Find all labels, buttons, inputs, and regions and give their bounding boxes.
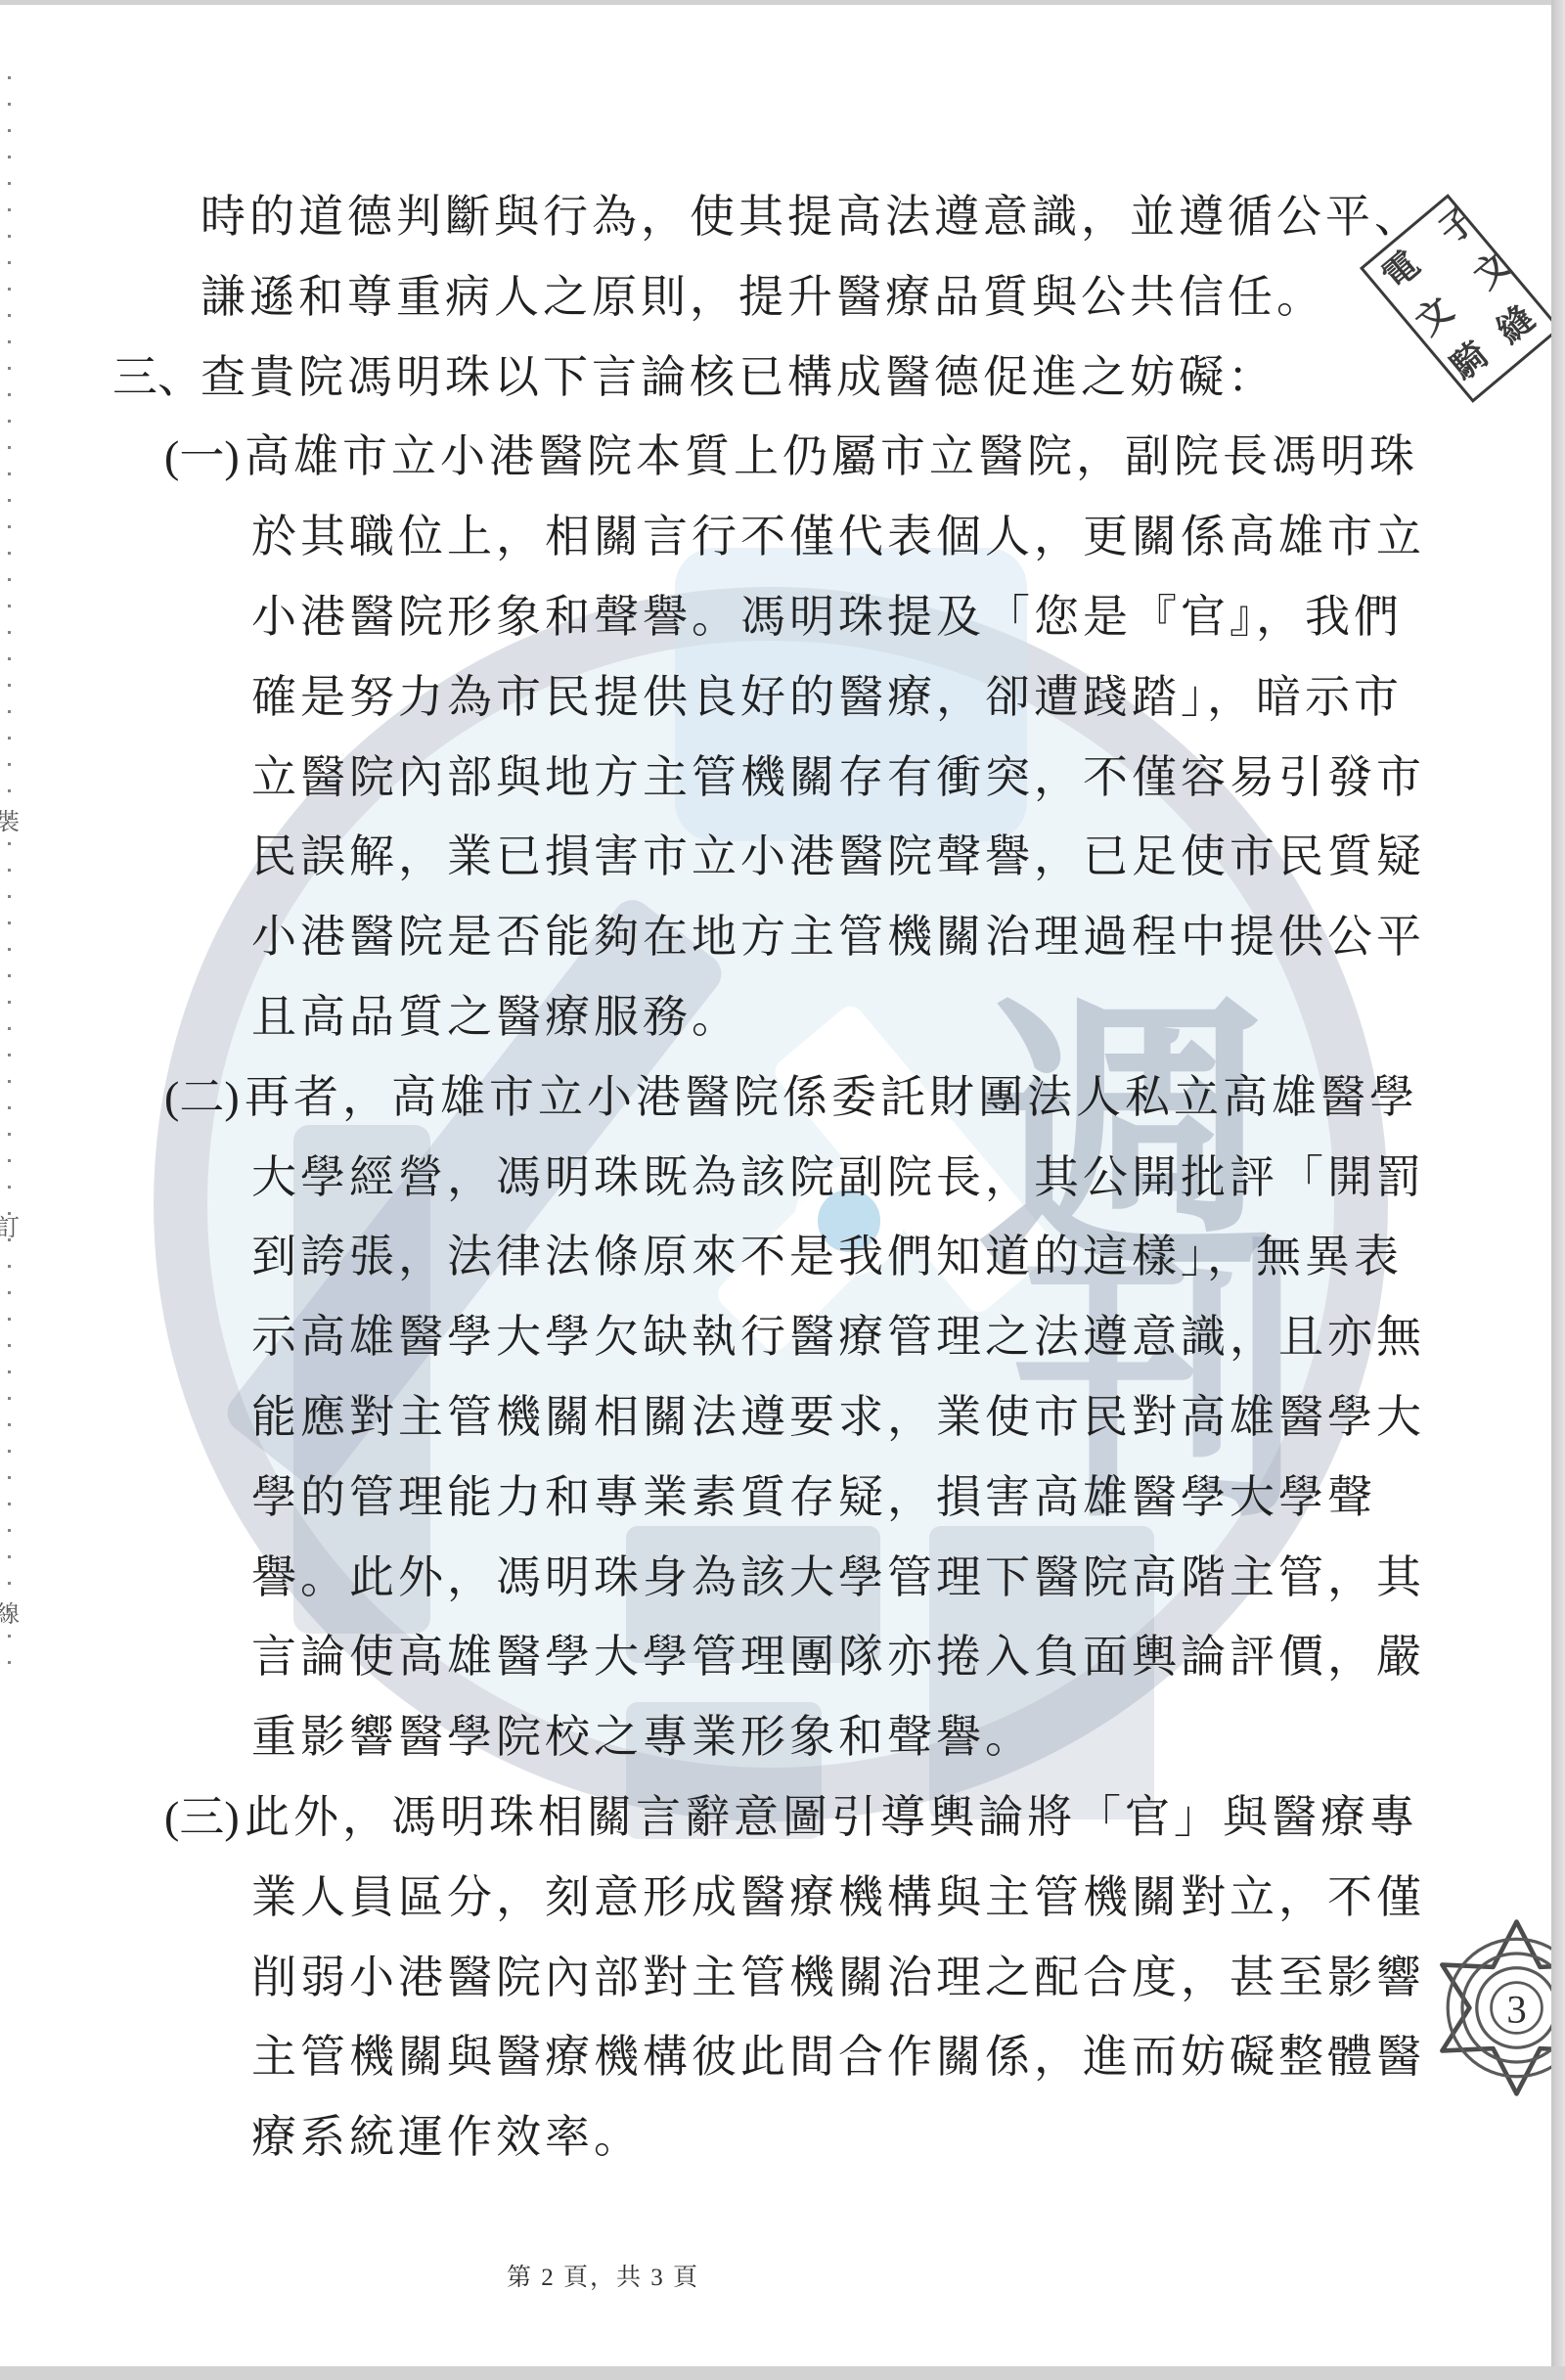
seam-stamp-char: 文 xyxy=(1409,292,1459,341)
doc-line: 三、查貴院馮明珠以下言論核已構成醫德促進之妨礙： xyxy=(112,348,1276,407)
doc-line: 時的道德判斷與行為，使其提高法遵意識，並遵循公平、 xyxy=(201,188,1423,247)
doc-line-text: 能應對主管機關相關法遵要求，業使市民對高雄醫學大 xyxy=(251,1392,1425,1442)
seam-stamp-char: 騎 xyxy=(1445,337,1495,386)
doc-line-text: 小港醫院是否能夠在地方主管機關治理過程中提供公平 xyxy=(251,912,1425,962)
doc-line-text: 民誤解，業已損害市立小港醫院聲譽，已足使市民質疑 xyxy=(251,831,1425,881)
list-marker: (三) xyxy=(164,1788,245,1847)
doc-line-text: 業人員區分，刻意形成醫療機構與主管機關對立，不僅 xyxy=(251,1872,1425,1922)
doc-line-text: 療系統運作效率。 xyxy=(251,2112,643,2162)
doc-line: 譽。此外，馮明珠身為該大學管理下醫院高階主管，其 xyxy=(251,1549,1425,1607)
doc-line: 確是努力為市民提供良好的醫療，卻遭踐踏」，暗示市 xyxy=(251,668,1403,727)
doc-line: 小港醫院是否能夠在地方主管機關治理過程中提供公平 xyxy=(251,908,1425,966)
doc-line: 於其職位上，相關言行不僅代表個人，更關係高雄市立 xyxy=(251,508,1425,566)
page-number: 3 xyxy=(1506,1987,1526,2031)
doc-line: (二)再者，高雄市立小港醫院係委託財團法人私立高雄醫學 xyxy=(164,1068,1418,1127)
scanned-document-screenshot: { "meta": { "title": "公文掃描頁" }, "theme":… xyxy=(0,0,1565,2380)
doc-line-text: 示高雄醫學大學欠缺執行醫療管理之法遵意識，且亦無 xyxy=(251,1312,1425,1362)
doc-line-text: 時的道德判斷與行為，使其提高法遵意識，並遵循公平、 xyxy=(201,192,1423,242)
doc-line: 小港醫院形象和聲譽。馮明珠提及「您是『官』，我們 xyxy=(251,588,1403,647)
doc-line-text: 高雄市立小港醫院本質上仍屬市立醫院，副院長馮明珠 xyxy=(245,431,1418,481)
doc-line: 示高雄醫學大學欠缺執行醫療管理之法遵意識，且亦無 xyxy=(251,1308,1425,1367)
page-edge-top xyxy=(0,0,1565,5)
doc-line: 民誤解，業已損害市立小港醫院聲譽，已足使市民質疑 xyxy=(251,828,1425,886)
doc-line-text: 學的管理能力和專業素質存疑，損害高雄醫學大學聲 xyxy=(251,1472,1376,1522)
doc-line-text: 言論使高雄醫學大學管理團隊亦捲入負面輿論評價，嚴 xyxy=(251,1632,1425,1682)
page-edge-right xyxy=(1551,0,1565,2380)
doc-line: 到誇張，法律法條原來不是我們知道的這樣」，無異表 xyxy=(251,1228,1403,1286)
doc-line: 大學經營，馮明珠既為該院副院長，其公開批評「開罰 xyxy=(251,1148,1425,1207)
doc-line-text: 謙遜和尊重病人之原則，提升醫療品質與公共信任。 xyxy=(201,272,1325,322)
list-marker: (二) xyxy=(164,1068,245,1127)
doc-line-text: 大學經營，馮明珠既為該院副院長，其公開批評「開罰 xyxy=(251,1152,1425,1202)
doc-line: 謙遜和尊重病人之原則，提升醫療品質與公共信任。 xyxy=(201,268,1325,327)
doc-line: 言論使高雄醫學大學管理團隊亦捲入負面輿論評價，嚴 xyxy=(251,1628,1425,1686)
doc-line-text: 譽。此外，馮明珠身為該大學管理下醫院高階主管，其 xyxy=(251,1552,1425,1602)
page-edge-bottom xyxy=(0,2366,1565,2380)
list-marker: (一) xyxy=(164,427,245,486)
doc-line: 能應對主管機關相關法遵要求，業使市民對高雄醫學大 xyxy=(251,1388,1425,1447)
doc-line: 療系統運作效率。 xyxy=(251,2108,643,2167)
doc-line: 且高品質之醫療服務。 xyxy=(251,988,740,1047)
doc-line: (三)此外，馮明珠相關言辭意圖引導輿論將「官」與醫療專 xyxy=(164,1788,1418,1847)
doc-line-text: 立醫院內部與地方主管機關存有衝突，不僅容易引發市 xyxy=(251,752,1425,802)
list-marker: 三、 xyxy=(112,348,201,407)
doc-line: 學的管理能力和專業素質存疑，損害高雄醫學大學聲 xyxy=(251,1468,1376,1527)
doc-line-text: 小港醫院形象和聲譽。馮明珠提及「您是『官』，我們 xyxy=(251,592,1403,642)
doc-line-text: 查貴院馮明珠以下言論核已構成醫德促進之妨礙： xyxy=(201,352,1276,402)
doc-line: 立醫院內部與地方主管機關存有衝突，不僅容易引發市 xyxy=(251,748,1425,807)
doc-line-text: 削弱小港醫院內部對主管機關治理之配合度，甚至影響 xyxy=(251,1953,1425,2002)
doc-line: (一)高雄市立小港醫院本質上仍屬市立醫院，副院長馮明珠 xyxy=(164,427,1418,486)
seam-stamp-char: 電 xyxy=(1376,246,1426,295)
doc-line: 主管機關與醫療機構彼此間合作關係，進而妨礙整體醫 xyxy=(251,2028,1425,2087)
doc-line: 業人員區分，刻意形成醫療機構與主管機關對立，不僅 xyxy=(251,1868,1425,1927)
doc-line: 重影響醫學院校之專業形象和聲譽。 xyxy=(251,1708,1034,1767)
doc-line-text: 主管機關與醫療機構彼此間合作關係，進而妨礙整體醫 xyxy=(251,2032,1425,2082)
doc-line-text: 重影響醫學院校之專業形象和聲譽。 xyxy=(251,1712,1034,1762)
doc-line: 削弱小港醫院內部對主管機關治理之配合度，甚至影響 xyxy=(251,1949,1425,2007)
doc-line-text: 於其職位上，相關言行不僅代表個人，更關係高雄市立 xyxy=(251,512,1425,561)
doc-line-text: 確是努力為市民提供良好的醫療，卻遭踐踏」，暗示市 xyxy=(251,672,1403,722)
doc-line-text: 且高品質之醫療服務。 xyxy=(251,992,740,1042)
document-text-block: 時的道德判斷與行為，使其提高法遵意識，並遵循公平、謙遜和尊重病人之原則，提升醫療… xyxy=(0,0,1565,2380)
doc-line-text: 到誇張，法律法條原來不是我們知道的這樣」，無異表 xyxy=(251,1232,1403,1281)
doc-line-text: 此外，馮明珠相關言辭意圖引導輿論將「官」與醫療專 xyxy=(245,1792,1418,1842)
seam-stamp-char: 縫 xyxy=(1491,300,1541,350)
page-footer: 第 2 頁，共 3 頁 xyxy=(507,2258,699,2293)
page-number-stamp: 3 xyxy=(1426,1917,1565,2098)
doc-line-text: 再者，高雄市立小港醫院係委託財團法人私立高雄醫學 xyxy=(245,1072,1418,1122)
